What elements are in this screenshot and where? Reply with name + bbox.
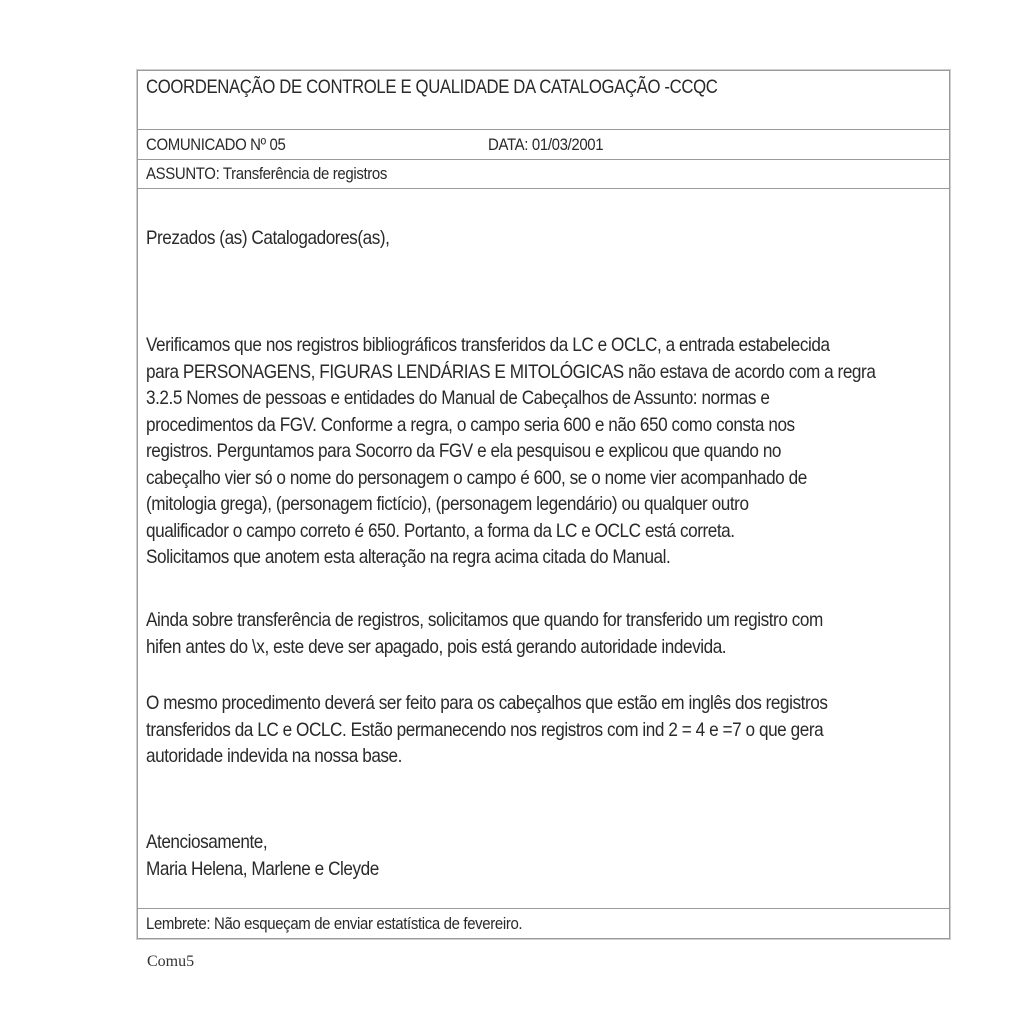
memo-body: Prezados (as) Catalogadores(as), Verific… [137,189,950,909]
closing-text: Atenciosamente, [146,829,938,856]
paragraph-1: Verificamos que nos registros bibliográf… [146,332,938,571]
text-line: Ainda sobre transferência de registros, … [146,607,938,634]
organization-title: COORDENAÇÃO DE CONTROLE E QUALIDADE DA C… [146,77,717,99]
text-line: autoridade indevida na nossa base. [146,743,938,770]
comunicado-number: COMUNICADO Nº 05 [146,135,285,155]
text-line: procedimentos da FGV. Conforme a regra, … [146,412,938,439]
text-line: registros. Perguntamos para Socorro da F… [146,438,938,465]
text-line: cabeçalho vier só o nome do personagem o… [146,465,938,492]
text-line: transferidos da LC e OCLC. Estão permane… [146,717,938,744]
text-line: 3.2.5 Nomes de pessoas e entidades do Ma… [146,385,938,412]
text-line: Solicitamos que anotem esta alteração na… [146,544,938,571]
memo-form: COORDENAÇÃO DE CONTROLE E QUALIDADE DA C… [137,70,950,939]
comunicado-date: DATA: 01/03/2001 [488,135,603,155]
header-organization-row: COORDENAÇÃO DE CONTROLE E QUALIDADE DA C… [137,70,950,130]
text-line: (mitologia grega), (personagem fictício)… [146,491,938,518]
header-assunto-row: ASSUNTO: Transferência de registros [137,160,950,189]
text-line: hifen antes do \x, este deve ser apagado… [146,634,938,661]
text-line: para PERSONAGENS, FIGURAS LENDÁRIAS E MI… [146,359,938,386]
text-line: qualificador o campo correto é 650. Port… [146,518,938,545]
text-line: O mesmo procedimento deverá ser feito pa… [146,690,938,717]
reminder-text: Lembrete: Não esqueçam de enviar estatís… [146,914,522,934]
text-line: Verificamos que nos registros bibliográf… [146,332,938,359]
footer-code: Comu5 [147,953,194,971]
reminder-row: Lembrete: Não esqueçam de enviar estatís… [137,909,950,939]
paragraph-2: Ainda sobre transferência de registros, … [146,607,938,660]
paragraph-3: O mesmo procedimento deverá ser feito pa… [146,690,938,770]
assunto-subject: ASSUNTO: Transferência de registros [146,164,387,184]
greeting-text: Prezados (as) Catalogadores(as), [146,225,938,252]
greeting: Prezados (as) Catalogadores(as), [146,225,938,252]
signatures-text: Maria Helena, Marlene e Cleyde [146,856,938,883]
closing-block: Atenciosamente, Maria Helena, Marlene e … [146,829,938,882]
header-comunicado-row: COMUNICADO Nº 05 DATA: 01/03/2001 [137,130,950,160]
